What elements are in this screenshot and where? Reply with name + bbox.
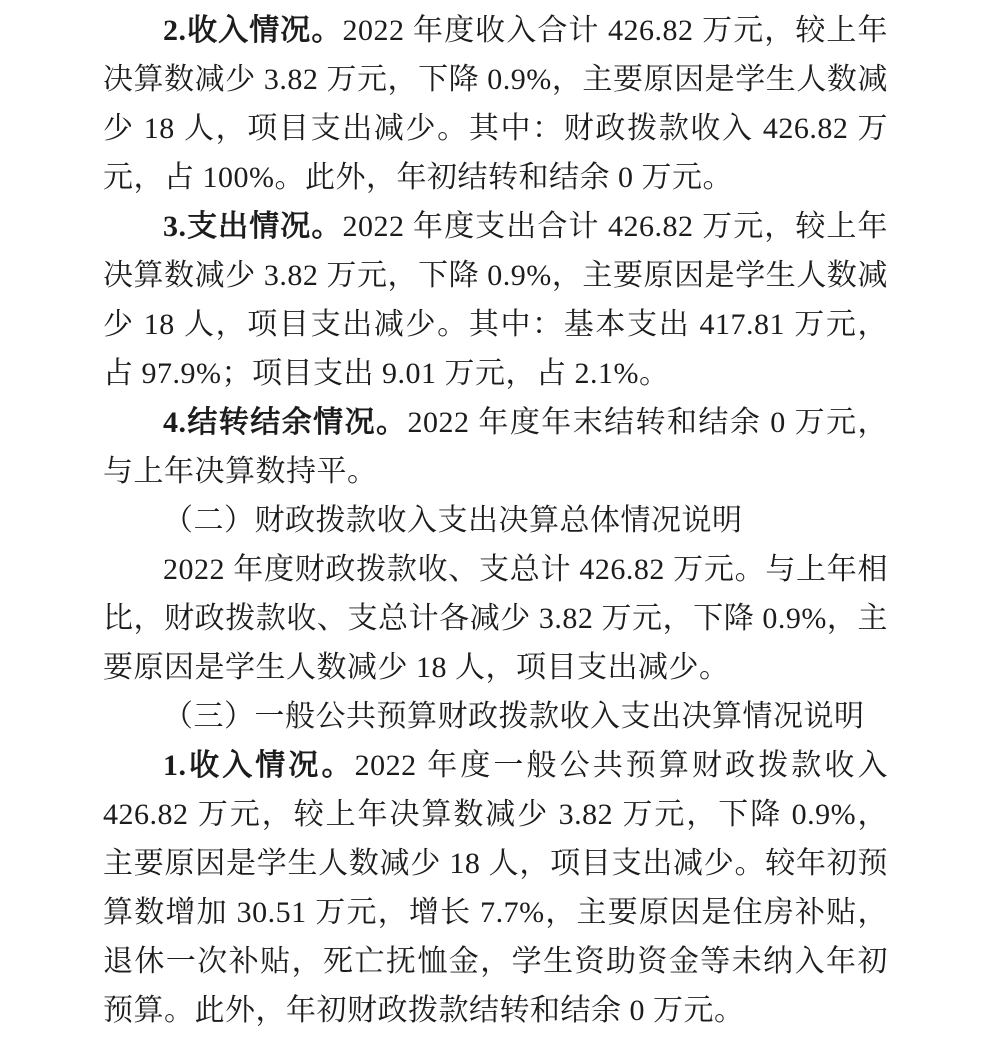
- heading-section-two: （二）财政拨款收入支出决算总体情况说明: [103, 496, 888, 545]
- para-fiscal-appropriation-total-body: 2022 年度财政拨款收、支总计 426.82 万元。与上年相比，财政拨款收、支…: [103, 553, 888, 684]
- para-general-budget-income: 1.收入情况。2022 年度一般公共预算财政拨款收入 426.82 万元，较上年…: [103, 741, 888, 1035]
- para-expenditure-situation: 3.支出情况。2022 年度支出合计 426.82 万元，较上年决算数减少 3.…: [103, 202, 888, 398]
- para-income-situation: 2.收入情况。2022 年度收入合计 426.82 万元，较上年决算数减少 3.…: [103, 6, 888, 202]
- heading-section-three: （三）一般公共预算财政拨款收入支出决算情况说明: [103, 692, 888, 741]
- para-carryover-situation: 4.结转结余情况。2022 年度年末结转和结余 0 万元，与上年决算数持平。: [103, 398, 888, 496]
- para-fiscal-appropriation-total: 2022 年度财政拨款收、支总计 426.82 万元。与上年相比，财政拨款收、支…: [103, 545, 888, 692]
- para-general-budget-income-body: 2022 年度一般公共预算财政拨款收入 426.82 万元，较上年决算数减少 3…: [103, 749, 888, 1027]
- document-page: 2.收入情况。2022 年度收入合计 426.82 万元，较上年决算数减少 3.…: [0, 0, 1000, 1044]
- para-income-situation-lead: 2.收入情况。: [163, 14, 342, 47]
- para-carryover-situation-lead: 4.结转结余情况。: [163, 406, 407, 439]
- heading-section-two-text: （二）财政拨款收入支出决算总体情况说明: [163, 504, 743, 537]
- para-general-budget-income-lead: 1.收入情况。: [163, 749, 355, 782]
- para-expenditure-situation-lead: 3.支出情况。: [163, 210, 342, 243]
- heading-section-three-text: （三）一般公共预算财政拨款收入支出决算情况说明: [163, 700, 865, 733]
